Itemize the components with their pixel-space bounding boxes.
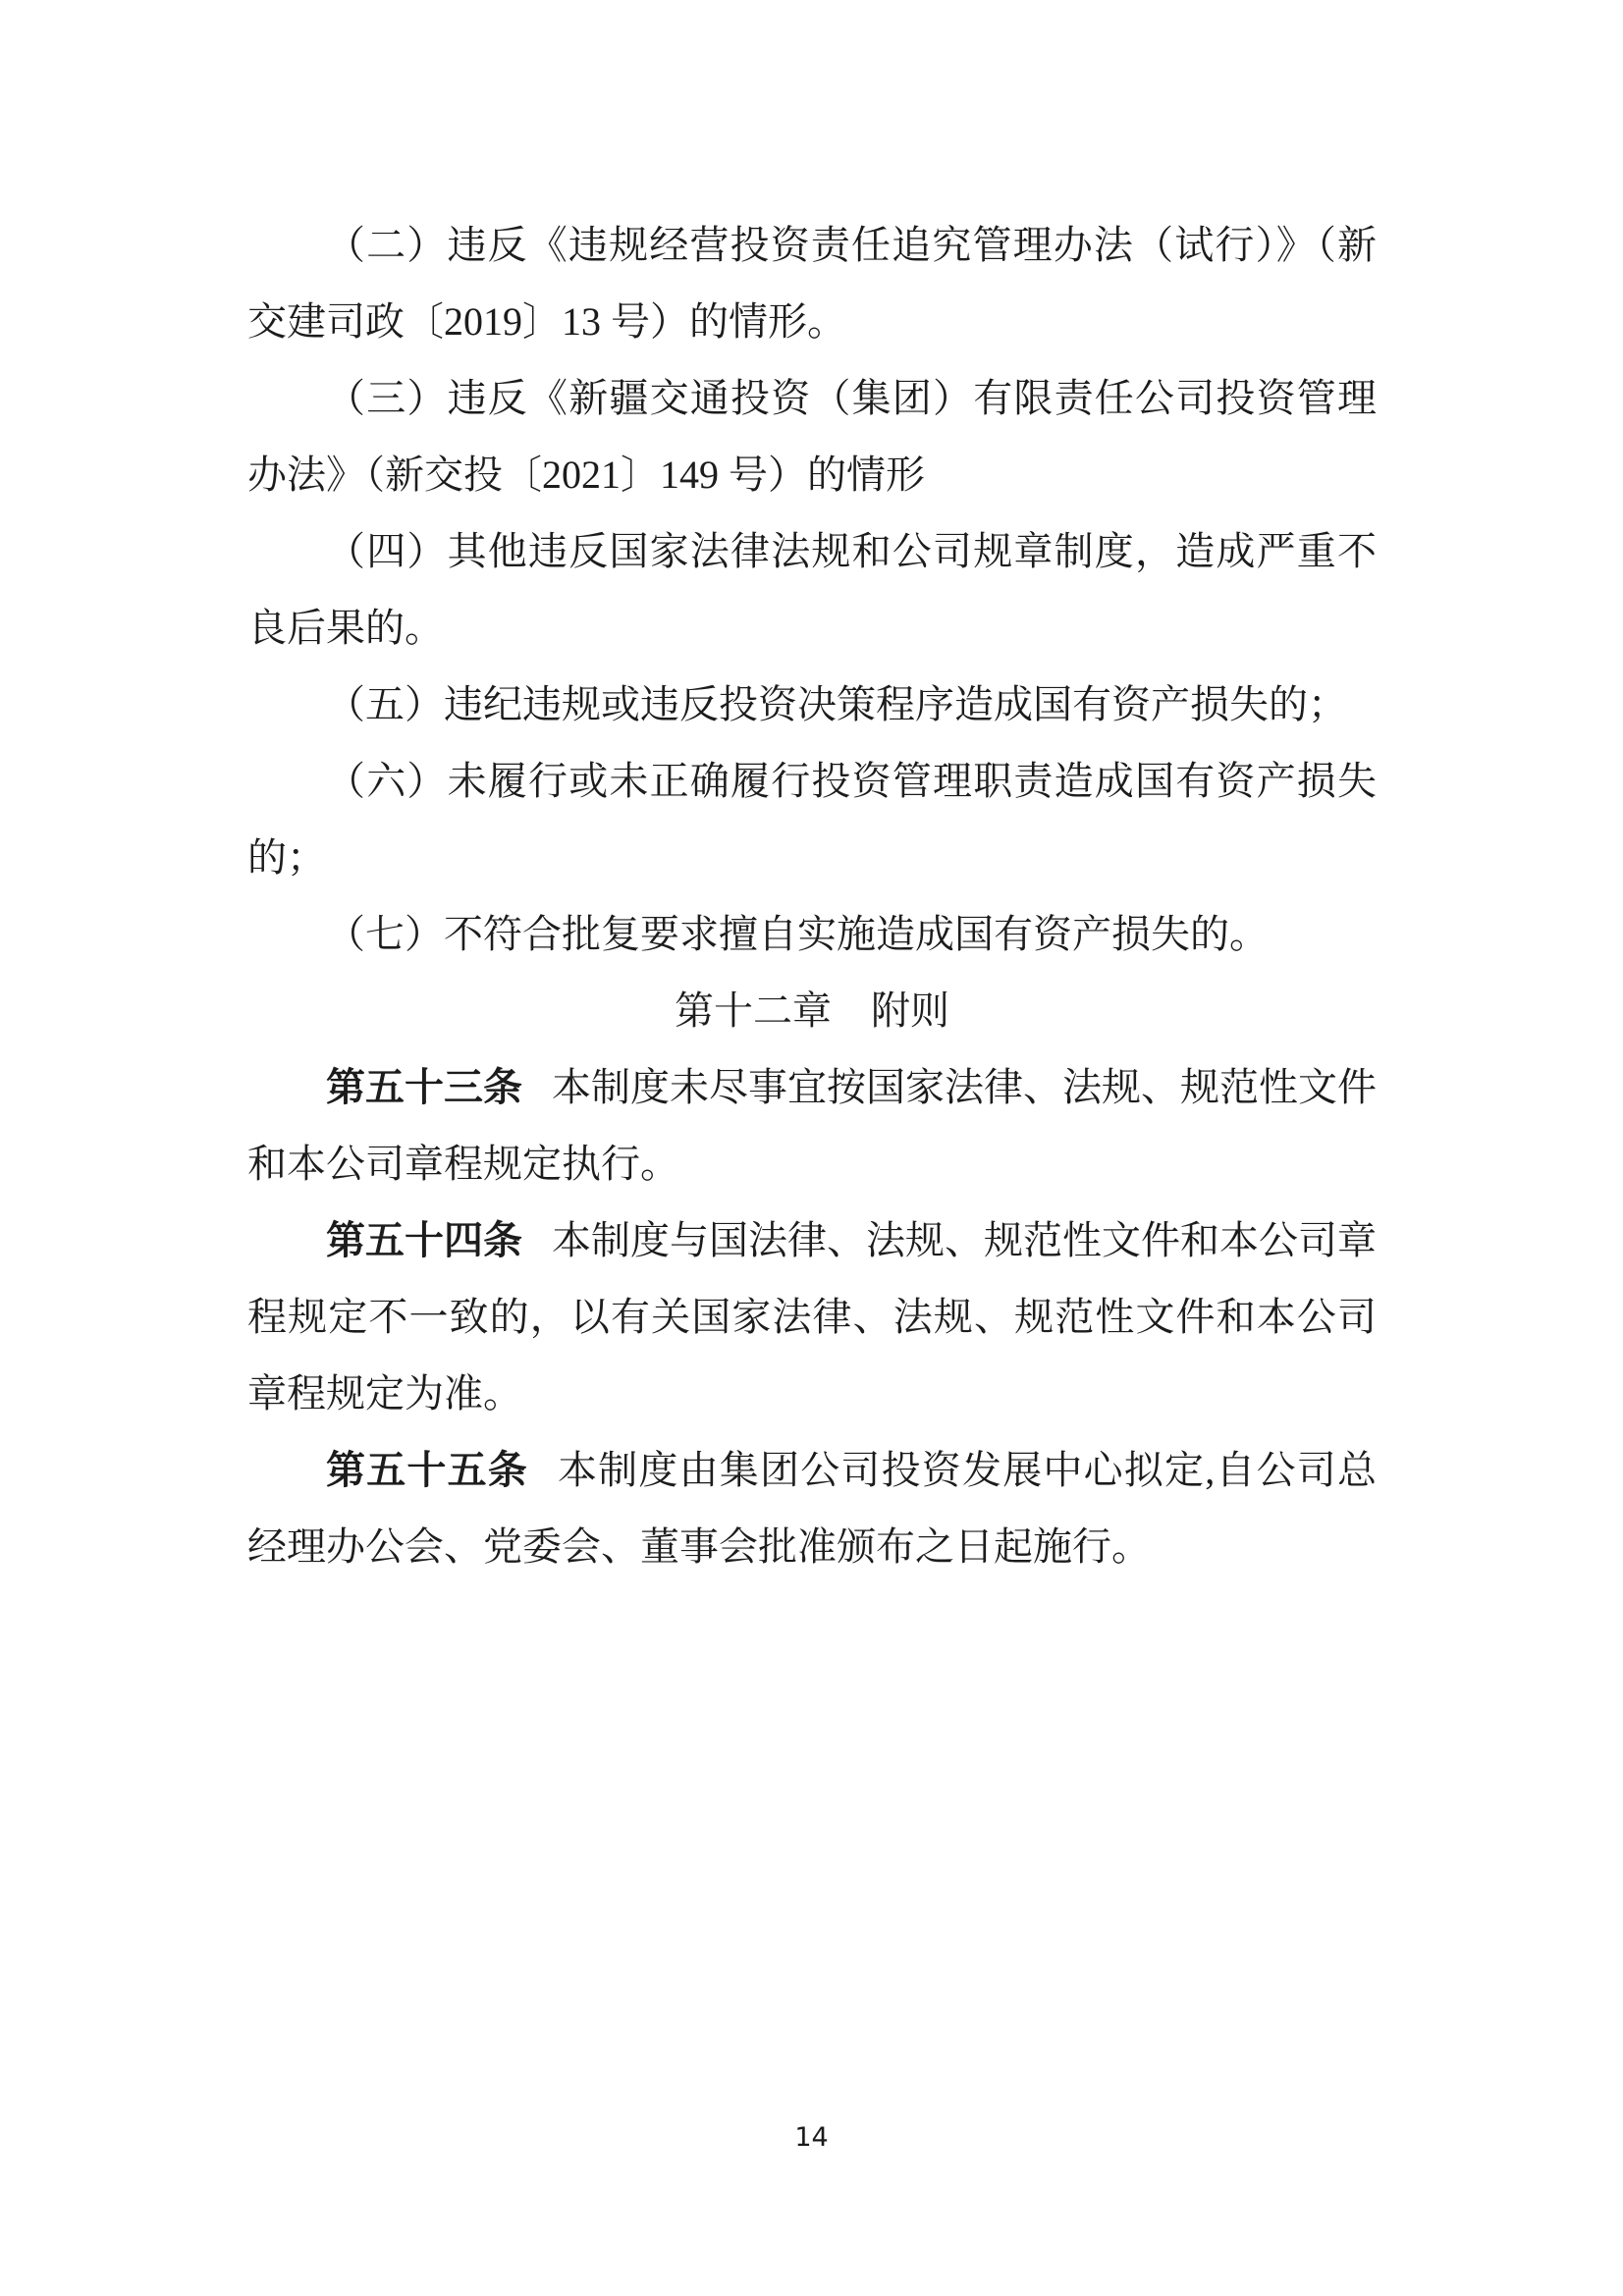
article-55-number: 第五十五条 (326, 1448, 528, 1492)
clause-item-5: （五）违纪违规或违反投资决策程序造成国有资产损失的； (247, 667, 1377, 743)
clause-item-4: （四）其他违反国家法律法规和公司规章制度，造成严重不良后果的。 (247, 513, 1377, 667)
article-54-number: 第五十四条 (326, 1218, 522, 1262)
document-page: （二）违反《违规经营投资责任追究管理办法（试行）》（新交建司政〔2019〕13 … (0, 0, 1623, 2296)
clause-item-7: （七）不符合批复要求擅自实施造成国有资产损失的。 (247, 896, 1377, 973)
document-body: （二）违反《违规经营投资责任追究管理办法（试行）》（新交建司政〔2019〕13 … (247, 207, 1377, 1585)
article-53: 第五十三条本制度未尽事宜按国家法律、法规、规范性文件和本公司章程规定执行。 (247, 1049, 1377, 1202)
article-53-number: 第五十三条 (326, 1065, 522, 1109)
clause-item-2: （二）违反《违规经营投资责任追究管理办法（试行）》（新交建司政〔2019〕13 … (247, 207, 1377, 360)
article-54: 第五十四条本制度与国法律、法规、规范性文件和本公司章程规定不一致的，以有关国家法… (247, 1202, 1377, 1432)
clause-item-6: （六）未履行或未正确履行投资管理职责造成国有资产损失的； (247, 743, 1377, 896)
page-number: 14 (0, 2122, 1623, 2153)
clause-item-3: （三）违反《新疆交通投资（集团）有限责任公司投资管理办法》（新交投〔2021〕1… (247, 360, 1377, 513)
article-55: 第五十五条本制度由集团公司投资发展中心拟定,自公司总经理办公会、党委会、董事会批… (247, 1432, 1377, 1585)
chapter-heading: 第十二章 附则 (247, 973, 1377, 1049)
